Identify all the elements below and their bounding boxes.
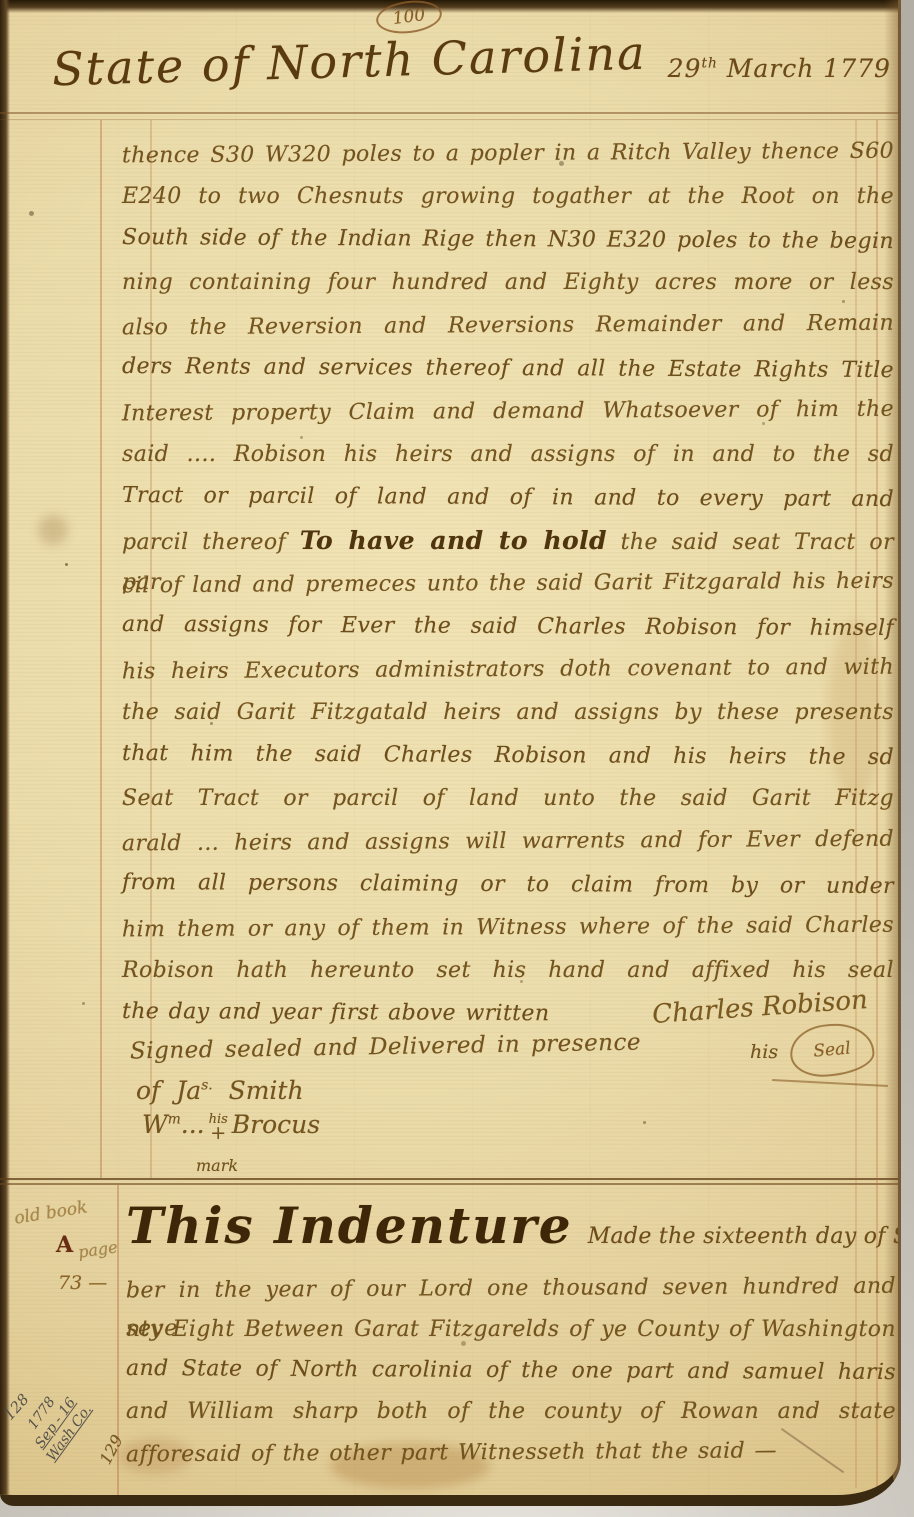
- deed-line: the said Garit Fitzgatald heirs and assi…: [122, 693, 894, 736]
- document-scan: 100 State of North Carolina 29th March 1…: [0, 0, 914, 1517]
- witness-wm-brocus: Wm...his+Brocus: [142, 1110, 320, 1142]
- deed-line: ber in the year of our Lord one thousand…: [126, 1268, 896, 1314]
- deed-line: Tract or parcil of land and of in and to…: [122, 476, 894, 523]
- deed-line: that him the said Charles Robison and hi…: [122, 734, 894, 781]
- deed-line: Seat Tract or parcil of land unto the sa…: [122, 779, 894, 822]
- stain: [38, 515, 68, 545]
- page-header: State of North Carolina 29th March 1779 …: [52, 34, 898, 88]
- ink-specks: [0, 0, 3, 3]
- deed-line: afforesaid of the other part Witnesseth …: [126, 1432, 896, 1478]
- deed-line: said .... Robison his heirs and assigns …: [122, 435, 894, 478]
- his-mark-cross: his+: [209, 1114, 228, 1142]
- margin-note-old-book: old book: [13, 1197, 89, 1228]
- habendum-phrase: To have and to hold: [300, 526, 607, 555]
- page-binding-edge: [0, 0, 10, 1495]
- deed-line: and William sharp both of the county of …: [126, 1393, 896, 1434]
- margin-note-book-letter: A: [56, 1232, 73, 1258]
- deed-line-habendum: parcil thereof To have and to hold the s…: [122, 521, 894, 564]
- deed2-heading-words: This Indenture: [126, 1196, 573, 1255]
- margin-note-page-73: 73 —: [58, 1272, 107, 1294]
- left-margin-line: [100, 120, 102, 1178]
- seal-his-word: his: [750, 1041, 778, 1063]
- deed-line: and State of North carolinia of the one …: [126, 1350, 896, 1395]
- margin-note-129: 129: [96, 1432, 127, 1468]
- deed2-body: ber in the year of our Lord one thousand…: [126, 1270, 896, 1475]
- header-date: 29th March 1779 —: [668, 54, 901, 83]
- deed-line: ders Rents and services thereof and all …: [122, 347, 894, 394]
- deed-line: also the Reversion and Reversions Remain…: [122, 304, 894, 352]
- deed-line: arald ... heirs and assigns will warrent…: [122, 820, 894, 868]
- deed-line: E240 to two Chesnuts growing togather at…: [122, 177, 894, 220]
- deed-line: ning containing four hundred and Eighty …: [122, 263, 894, 306]
- deed-line: South side of the Indian Rige then N30 E…: [122, 218, 894, 265]
- deed2-heading-continuation: Made the sixteenth day of Septem: [588, 1224, 901, 1249]
- deed-line: cil of land and premeces unto the said G…: [122, 562, 894, 610]
- deed-line: Interest property Claim and demand Whats…: [122, 390, 894, 438]
- header-title: State of North Carolina: [51, 26, 647, 97]
- deed-line: and assigns for Ever the said Charles Ro…: [122, 605, 894, 652]
- mark-word: mark: [196, 1156, 238, 1175]
- deed1-body: thence S30 W320 poles to a popler in a R…: [122, 134, 894, 1037]
- witness-james-smith: of Jas. Smith: [136, 1076, 304, 1105]
- page-top-edge: [0, 0, 898, 13]
- deed2-heading: This Indenture Made the sixteenth day of…: [126, 1196, 898, 1255]
- deed-line: thence S30 W320 poles to a popler in a R…: [122, 132, 894, 180]
- header-ruling-line: [0, 112, 898, 120]
- ledger-page: 100 State of North Carolina 29th March 1…: [0, 0, 901, 1506]
- deed-line: from all persons claiming or to claim fr…: [122, 863, 894, 910]
- section-divider-line: [0, 1178, 898, 1185]
- seal-underline: [772, 1079, 888, 1087]
- margin-pencil-filing-note: 1778 Sep - 16 Wash Co.: [0, 1360, 112, 1487]
- deed-line: his heirs Executors administrators doth …: [122, 648, 894, 696]
- deed-line: him them or any of them in Witness where…: [122, 906, 894, 954]
- deed-line: Robison hath hereunto set his hand and a…: [122, 951, 894, 994]
- deed-line: nty Eight Between Garat Fitzgarelds of y…: [126, 1311, 896, 1352]
- margin-note-page-word: page: [77, 1237, 119, 1261]
